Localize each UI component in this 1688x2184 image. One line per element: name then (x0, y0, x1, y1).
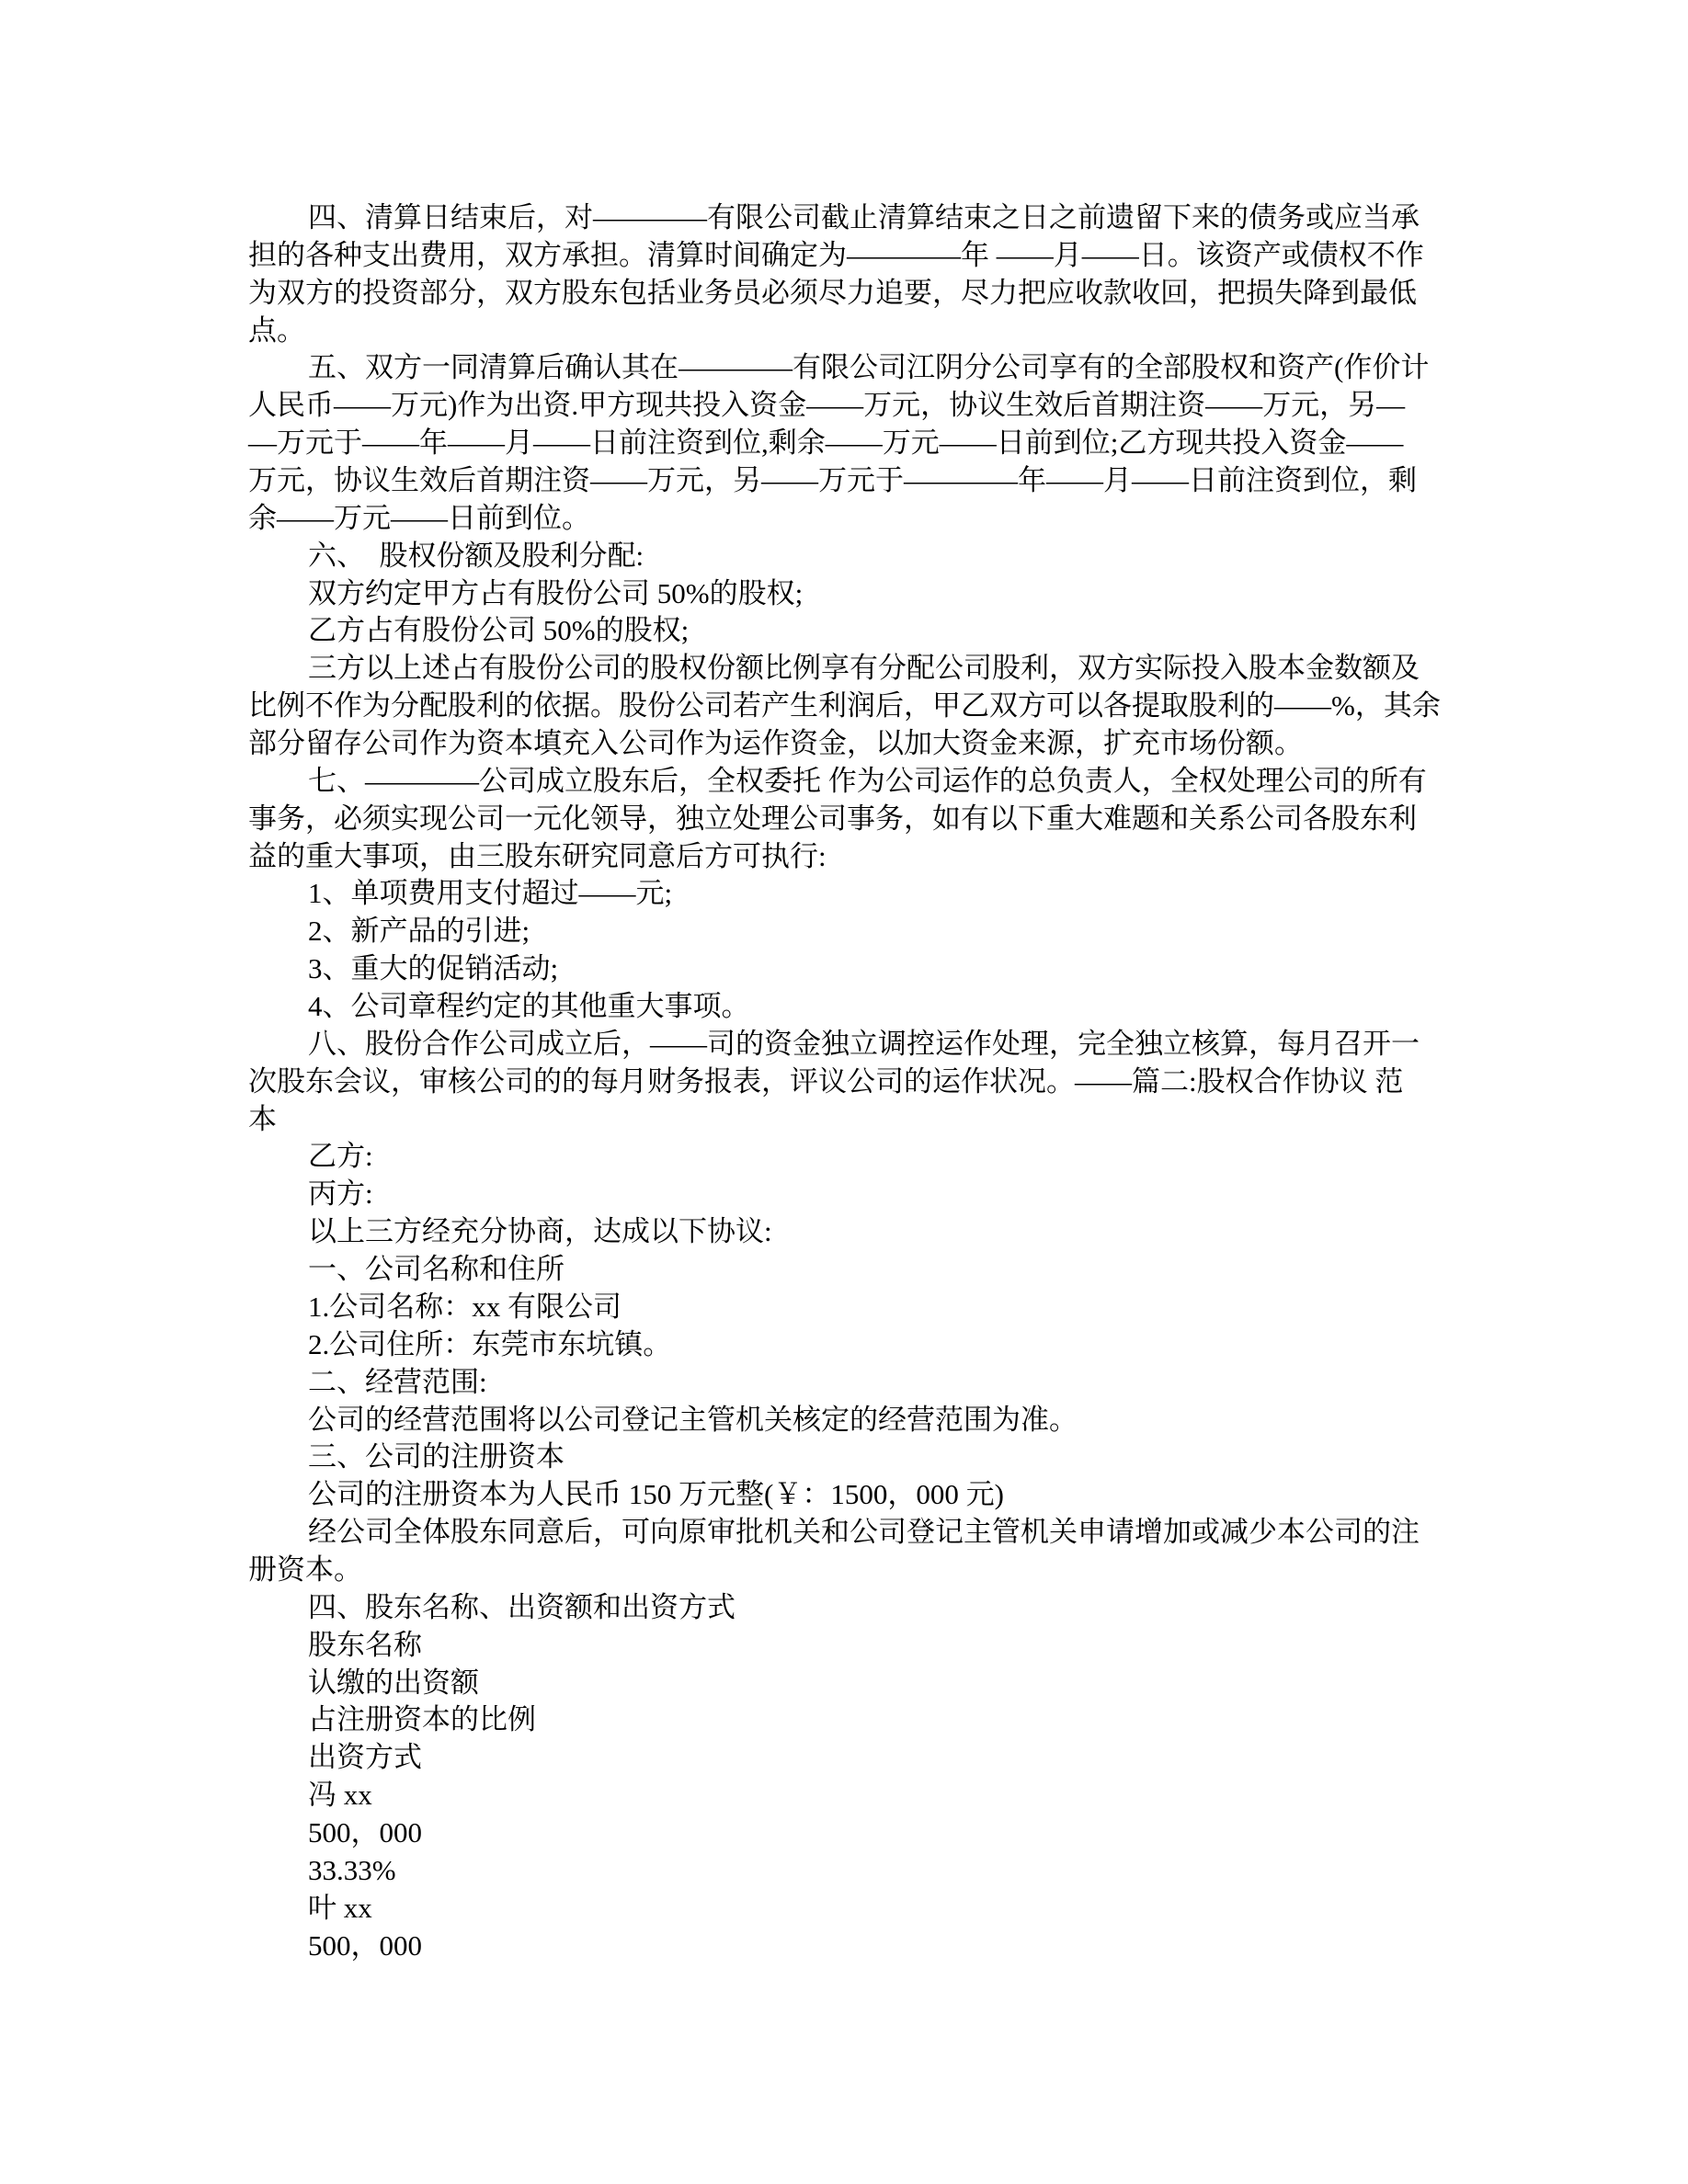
text-line: 本 (248, 1101, 1443, 1139)
text-line: 二、经营范围: (248, 1364, 1443, 1402)
text-line: 五、双方一同清算后确认其在————有限公司江阴分公司享有的全部股权和资产(作价计 (248, 349, 1443, 387)
text-line: 1、单项费用支付超过——元; (248, 875, 1443, 913)
text-line: 八、股份合作公司成立后，——司的资金独立调控运作处理，完全独立核算，每月召开一 (248, 1026, 1443, 1064)
text-line: 人民币——万元)作为出资.甲方现共投入资金——万元，协议生效后首期注资——万元，… (248, 387, 1443, 425)
text-line: 点。 (248, 313, 1443, 350)
text-line: 33.33% (248, 1852, 1443, 1890)
text-line: 占注册资本的比例 (248, 1701, 1443, 1739)
text-line: 1.公司名称：xx 有限公司 (248, 1289, 1443, 1326)
text-line: 万元，协议生效后首期注资——万元，另——万元于————年——月——日前注资到位，… (248, 462, 1443, 500)
text-line: 叶 xx (248, 1890, 1443, 1928)
text-line: 丙方: (248, 1176, 1443, 1213)
text-line: 认缴的出资额 (248, 1665, 1443, 1702)
text-line: 事务，必须实现公司一元化领导，独立处理公司事务，如有以下重大难题和关系公司各股东… (248, 801, 1443, 838)
text-line: —万元于——年——月——日前注资到位,剩余——万元——日前到位;乙方现共投入资金… (248, 425, 1443, 462)
text-line: 四、清算日结束后，对————有限公司截止清算结束之日之前遗留下来的债务或应当承 (248, 199, 1443, 237)
text-line: 3、重大的促销活动; (248, 950, 1443, 988)
text-line: 为双方的投资部分，双方股东包括业务员必须尽力追要，尽力把应收款收回，把损失降到最… (248, 275, 1443, 313)
text-line: 七、————公司成立股东后，全权委托 作为公司运作的总负责人，全权处理公司的所有 (248, 763, 1443, 801)
text-line: 三、公司的注册资本 (248, 1439, 1443, 1476)
text-line: 2、新产品的引进; (248, 913, 1443, 950)
text-line: 500，000 (248, 1814, 1443, 1852)
text-line: 以上三方经充分协商，达成以下协议: (248, 1213, 1443, 1251)
text-line: 双方约定甲方占有股份公司 50%的股权; (248, 575, 1443, 613)
text-line: 一、公司名称和住所 (248, 1251, 1443, 1289)
text-line: 三方以上述占有股份公司的股权份额比例享有分配公司股利，双方实际投入股本金数额及 (248, 650, 1443, 688)
text-line: 乙方占有股份公司 50%的股权; (248, 612, 1443, 650)
text-line: 六、 股权份额及股利分配: (248, 538, 1443, 575)
text-line: 公司的注册资本为人民币 150 万元整(￥：1500，000 元) (248, 1476, 1443, 1514)
text-line: 四、股东名称、出资额和出资方式 (248, 1589, 1443, 1627)
text-line: 乙方: (248, 1138, 1443, 1176)
text-line: 册资本。 (248, 1552, 1443, 1589)
text-line: 担的各种支出费用，双方承担。清算时间确定为————年 ——月——日。该资产或债权… (248, 237, 1443, 275)
text-line: 经公司全体股东同意后，可向原审批机关和公司登记主管机关申请增加或减少本公司的注 (248, 1514, 1443, 1552)
text-line: 冯 xx (248, 1777, 1443, 1814)
text-line: 出资方式 (248, 1739, 1443, 1777)
text-line: 余——万元——日前到位。 (248, 500, 1443, 538)
text-line: 比例不作为分配股利的依据。股份公司若产生利润后，甲乙双方可以各提取股利的——%，… (248, 688, 1443, 725)
document-body: 四、清算日结束后，对————有限公司截止清算结束之日之前遗留下来的债务或应当承担… (248, 199, 1443, 1964)
text-line: 益的重大事项，由三股东研究同意后方可执行: (248, 838, 1443, 876)
text-line: 2.公司住所：东莞市东坑镇。 (248, 1326, 1443, 1364)
text-line: 4、公司章程约定的其他重大事项。 (248, 988, 1443, 1026)
text-line: 次股东会议，审核公司的的每月财务报表，评议公司的运作状况。——篇二:股权合作协议… (248, 1064, 1443, 1101)
document-page: 四、清算日结束后，对————有限公司截止清算结束之日之前遗留下来的债务或应当承担… (0, 0, 1688, 2184)
text-line: 500，000 (248, 1928, 1443, 1965)
text-line: 部分留存公司作为资本填充入公司作为运作资金，以加大资金来源，扩充市场份额。 (248, 725, 1443, 763)
text-line: 公司的经营范围将以公司登记主管机关核定的经营范围为准。 (248, 1402, 1443, 1439)
text-line: 股东名称 (248, 1627, 1443, 1665)
